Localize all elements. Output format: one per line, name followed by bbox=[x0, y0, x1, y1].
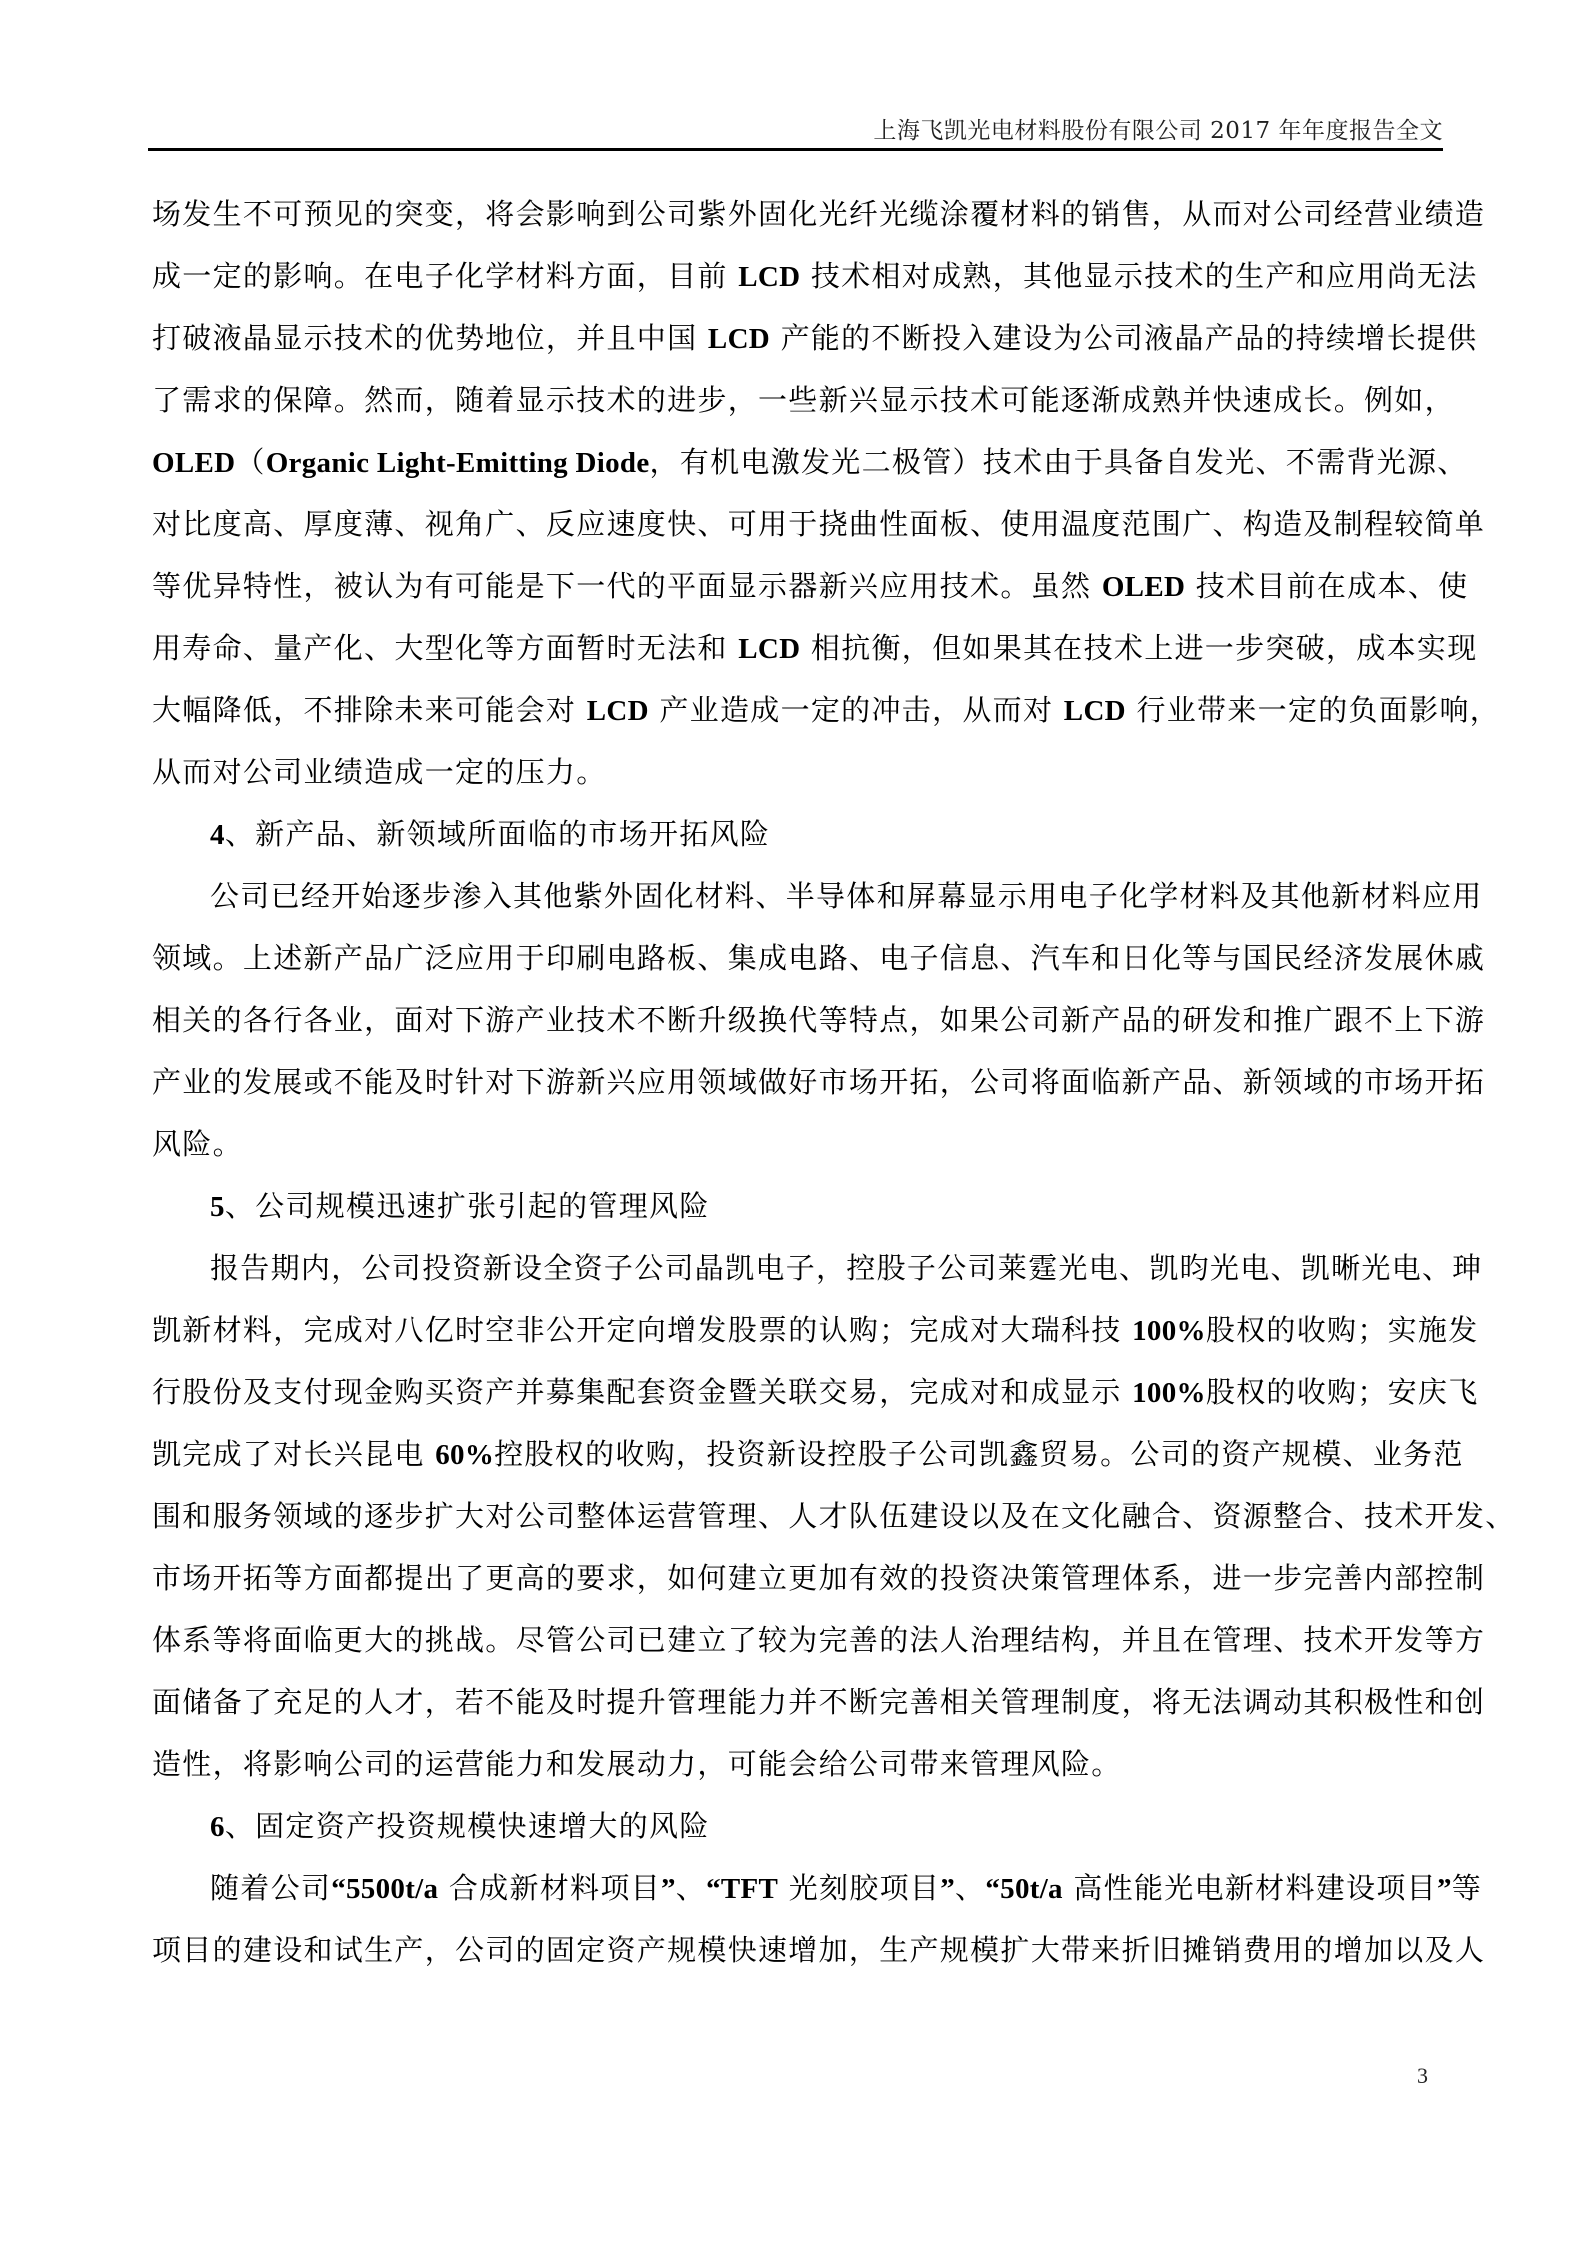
text-line: 场发生不可预见的突变，将会影响到公司紫外固化光纤光缆涂覆材料的销售，从而对公司经… bbox=[152, 196, 1442, 258]
section-5-paragraph: 报告期内，公司投资新设全资子公司晶凯电子，控股子公司莱霆光电、凯昀光电、凯晰光电… bbox=[152, 1250, 1442, 1808]
text-line: 项目的建设和试生产，公司的固定资产规模快速增加，生产规模扩大带来折旧摊销费用的增… bbox=[152, 1932, 1442, 1994]
text-line: 造性，将影响公司的运营能力和发展动力，可能会给公司带来管理风险。 bbox=[152, 1746, 1442, 1808]
text-line: 从而对公司业绩造成一定的压力。 bbox=[152, 754, 1442, 816]
text-line: 成一定的影响。在电子化学材料方面，目前 LCD 技术相对成熟，其他显示技术的生产… bbox=[152, 258, 1442, 320]
text-line: 随着公司“5500t/a 合成新材料项目”、“TFT 光刻胶项目”、“50t/a… bbox=[152, 1870, 1442, 1932]
section-heading-6: 6、固定资产投资规模快速增大的风险 bbox=[152, 1808, 1442, 1870]
text-line: 围和服务领域的逐步扩大对公司整体运营管理、人才队伍建设以及在文化融合、资源整合、… bbox=[152, 1498, 1442, 1560]
text-line: 面储备了充足的人才，若不能及时提升管理能力并不断完善相关管理制度，将无法调动其积… bbox=[152, 1684, 1442, 1746]
page-header: 上海飞凯光电材料股份有限公司 2017 年年度报告全文 bbox=[148, 110, 1443, 151]
text-line: 打破液晶显示技术的优势地位，并且中国 LCD 产能的不断投入建设为公司液晶产品的… bbox=[152, 320, 1442, 382]
text-line: 凯新材料，完成对八亿时空非公开定向增发股票的认购；完成对大瑞科技 100%股权的… bbox=[152, 1312, 1442, 1374]
page-number: 3 bbox=[1417, 2063, 1428, 2089]
section-heading-4: 4、新产品、新领域所面临的市场开拓风险 bbox=[152, 816, 1442, 878]
text-line: 风险。 bbox=[152, 1126, 1442, 1188]
text-line: 凯完成了对长兴昆电 60%控股权的收购，投资新设控股子公司凯鑫贸易。公司的资产规… bbox=[152, 1436, 1442, 1498]
document-body: 场发生不可预见的突变，将会影响到公司紫外固化光纤光缆涂覆材料的销售，从而对公司经… bbox=[152, 196, 1442, 1994]
paragraph-continued: 场发生不可预见的突变，将会影响到公司紫外固化光纤光缆涂覆材料的销售，从而对公司经… bbox=[152, 196, 1442, 816]
text-line: 公司已经开始逐步渗入其他紫外固化材料、半导体和屏幕显示用电子化学材料及其他新材料… bbox=[152, 878, 1442, 940]
header-title: 上海飞凯光电材料股份有限公司 2017 年年度报告全文 bbox=[873, 112, 1443, 145]
text-line: 大幅降低，不排除未来可能会对 LCD 产业造成一定的冲击，从而对 LCD 行业带… bbox=[152, 692, 1442, 754]
section-6-paragraph: 随着公司“5500t/a 合成新材料项目”、“TFT 光刻胶项目”、“50t/a… bbox=[152, 1870, 1442, 1994]
text-line: 报告期内，公司投资新设全资子公司晶凯电子，控股子公司莱霆光电、凯昀光电、凯晰光电… bbox=[152, 1250, 1442, 1312]
text-line: 市场开拓等方面都提出了更高的要求，如何建立更加有效的投资决策管理体系，进一步完善… bbox=[152, 1560, 1442, 1622]
text-line: 体系等将面临更大的挑战。尽管公司已建立了较为完善的法人治理结构，并且在管理、技术… bbox=[152, 1622, 1442, 1684]
text-line: 领域。上述新产品广泛应用于印刷电路板、集成电路、电子信息、汽车和日化等与国民经济… bbox=[152, 940, 1442, 1002]
text-line: 行股份及支付现金购买资产并募集配套资金暨关联交易，完成对和成显示 100%股权的… bbox=[152, 1374, 1442, 1436]
text-line: 用寿命、量产化、大型化等方面暂时无法和 LCD 相抗衡，但如果其在技术上进一步突… bbox=[152, 630, 1442, 692]
text-line: 相关的各行各业，面对下游产业技术不断升级换代等特点，如果公司新产品的研发和推广跟… bbox=[152, 1002, 1442, 1064]
text-line: 对比度高、厚度薄、视角广、反应速度快、可用于挠曲性面板、使用温度范围广、构造及制… bbox=[152, 506, 1442, 568]
text-line: 产业的发展或不能及时针对下游新兴应用领域做好市场开拓，公司将面临新产品、新领域的… bbox=[152, 1064, 1442, 1126]
section-heading-5: 5、公司规模迅速扩张引起的管理风险 bbox=[152, 1188, 1442, 1250]
text-line: 了需求的保障。然而，随着显示技术的进步，一些新兴显示技术可能逐渐成熟并快速成长。… bbox=[152, 382, 1442, 444]
text-line: 等优异特性，被认为有可能是下一代的平面显示器新兴应用技术。虽然 OLED 技术目… bbox=[152, 568, 1442, 630]
text-line: OLED（Organic Light-Emitting Diode，有机电激发光… bbox=[152, 444, 1442, 506]
section-4-paragraph: 公司已经开始逐步渗入其他紫外固化材料、半导体和屏幕显示用电子化学材料及其他新材料… bbox=[152, 878, 1442, 1188]
